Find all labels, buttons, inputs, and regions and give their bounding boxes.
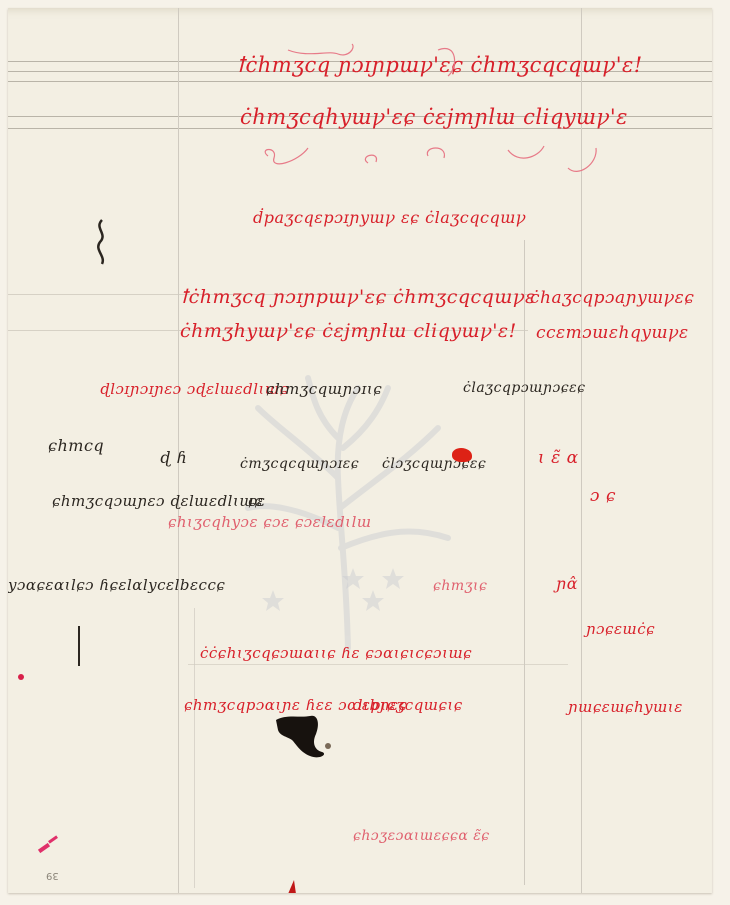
pen-stroke	[78, 626, 80, 666]
red-ink-mark	[288, 880, 296, 893]
pencil-margin	[524, 240, 525, 885]
tengwar-line-3: ḋpaʒcqɛpɔɪɲyɯꝩ ɛɕ ċlaʒcqcqɯꝩ	[253, 208, 526, 227]
tengwar-block-4-right-2: ccɛmɔɯɛhqyɯꝩɛ	[536, 323, 689, 343]
red-ink-spot	[18, 674, 24, 680]
tengwar-row-11: ɕhɔʒɛɔɑɩɯɛɕɕɑ ɛ̃ɕ	[353, 828, 490, 844]
tengwar-row-9-b: ɲɔɕɛɯċɕ	[586, 620, 655, 638]
tengwar-row-9-a: ċċɕhɩʒcqɕɔɯɑɩɩɕ ɦɛ ɕɔɑɩɕɩcɕɔɩɯɕ	[200, 644, 472, 662]
tengwar-block-4-line-1: ꝉċhmʒcq ɲɔɪɲpɯꝩ'ɛɕ ċhmʒcqcqɯꝩɛ	[180, 286, 536, 308]
manuscript-page: ꝉċhmʒcq ɲɔɪɲpɯꝩ'ɛɕ ċhmʒcqcqɯꝩ'ɛ! ċhmʒcqh…	[8, 8, 712, 893]
tengwar-row-8-a: yɔɑɕɛɑɩlɕɔ ɦɕɛlɑlycɛlbɛccɕ	[8, 576, 225, 594]
pencil-rule	[188, 664, 568, 665]
tengwar-row-6-e: ɩ ɛ̃ ɑ	[538, 448, 579, 468]
tengwar-row-5-b: ɕhmʒcqɯɲɔɪɩɕ	[266, 380, 382, 398]
tengwar-row-5-a: ɖlɔɪɲɔɪɲɛɔ ɔɖɛlɯɛdlɩɯɕ	[100, 380, 289, 398]
tengwar-row-6-b: ɖ ɦ	[160, 448, 187, 467]
tengwar-row-10-c: ɲɯɕɛɯɕhyɯɩɛ	[568, 698, 683, 716]
tengwar-row-8-b: ɕhmʒɩɕ	[433, 578, 487, 594]
brace-mark-icon	[92, 218, 112, 268]
tengwar-row-10-b: ɔɛpɩɕʒcqɯɕɩɕ	[353, 696, 463, 714]
tengwar-row-7-c: ɕhɩʒcqhyɔɛ ɕɔɛ ɕɔɛlɛdɩlɯ	[168, 513, 372, 531]
pencil-margin	[194, 608, 195, 888]
tengwar-row-6-a: ɕhmcq	[48, 436, 104, 455]
tengwar-block-4-line-2: ċhmʒhyɯꝩ'ɛɕ ċɛjmɲlɯ cliqyɯꝩ'ɛ!	[180, 320, 517, 342]
flourish-icon	[248, 38, 608, 178]
tengwar-row-7-d: ɔ ɕ	[590, 486, 616, 506]
black-ink-blot	[270, 714, 340, 762]
red-wax-blot	[452, 448, 472, 462]
tengwar-row-7-a: ɕhmʒcqɔɯɲɛɔ ɖɛlɯɛdlɩɯɕ	[52, 492, 263, 510]
tengwar-row-7-b: ɕɛ	[248, 492, 265, 510]
tengwar-row-8-c: ɲɑ̂	[556, 574, 578, 593]
tengwar-row-6-c: ċmʒcqcqɯɲɔɪɛɕ	[240, 456, 359, 472]
tengwar-block-4-right-1: ċhaʒcqpɔaɲyɯꝩɛɕ	[530, 288, 694, 308]
page-number: 39	[46, 870, 59, 881]
tengwar-row-5-c: ċlaʒcqpɔɯɲɔɕɛɕ	[463, 380, 586, 396]
